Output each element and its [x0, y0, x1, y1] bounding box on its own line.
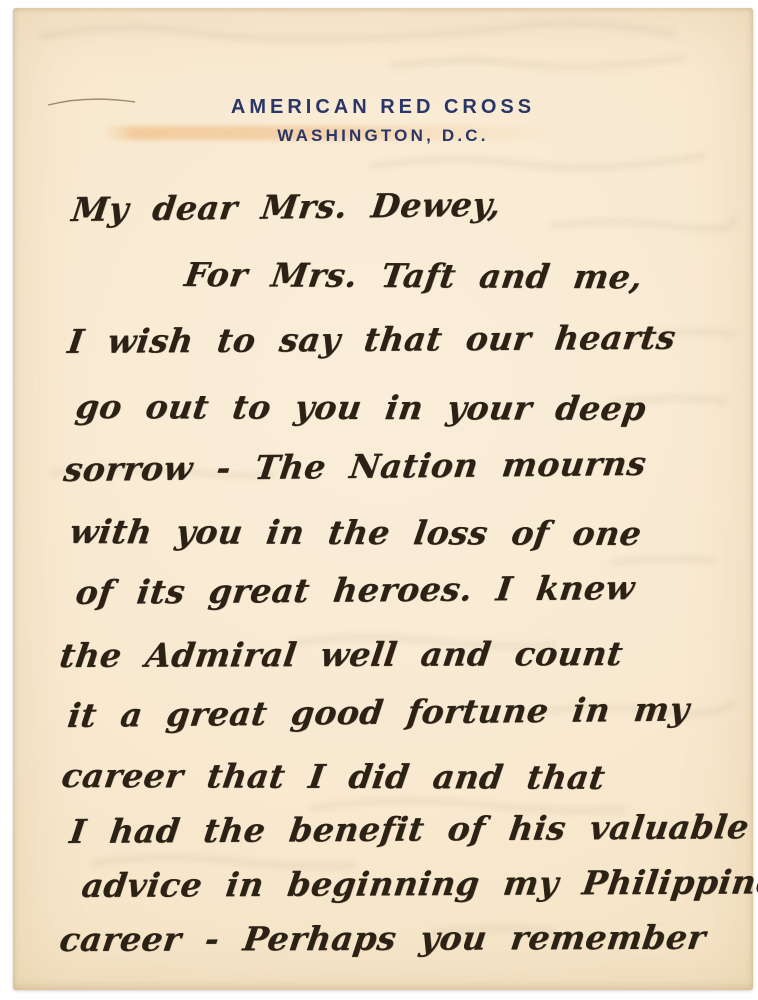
letterhead-organization: AMERICAN RED CROSS: [13, 96, 753, 119]
letter-line: the Admiral well and count: [57, 634, 625, 675]
letter-line: I had the benefit of his valuable: [67, 807, 751, 851]
letter-paper: AMERICAN RED CROSS WASHINGTON, D.C. My d…: [13, 8, 753, 990]
scan-background: { "letterhead": { "organization": "AMERI…: [0, 0, 758, 1000]
letter-line: of its great heroes. I knew: [73, 568, 637, 612]
letter-line: sorrow - The Nation mourns: [61, 444, 648, 489]
letter-line: it a great good fortune in my: [65, 689, 691, 735]
letter-line: with you in the loss of one: [67, 512, 644, 553]
letterhead: AMERICAN RED CROSS WASHINGTON, D.C.: [13, 96, 753, 146]
letter-line: go out to you in your deep: [73, 387, 649, 428]
letter-line: advice in beginning my Philippine: [79, 862, 758, 905]
letter-line: career that I did and that: [59, 756, 608, 797]
letter-line: I wish to say that our hearts: [65, 318, 678, 361]
letter-line: career - Perhaps you remember: [57, 918, 708, 959]
letterhead-location: WASHINGTON, D.C.: [13, 126, 753, 146]
letter-line-salutation: My dear Mrs. Dewey,: [69, 185, 503, 229]
letter-line: For Mrs. Taft and me,: [182, 255, 645, 296]
